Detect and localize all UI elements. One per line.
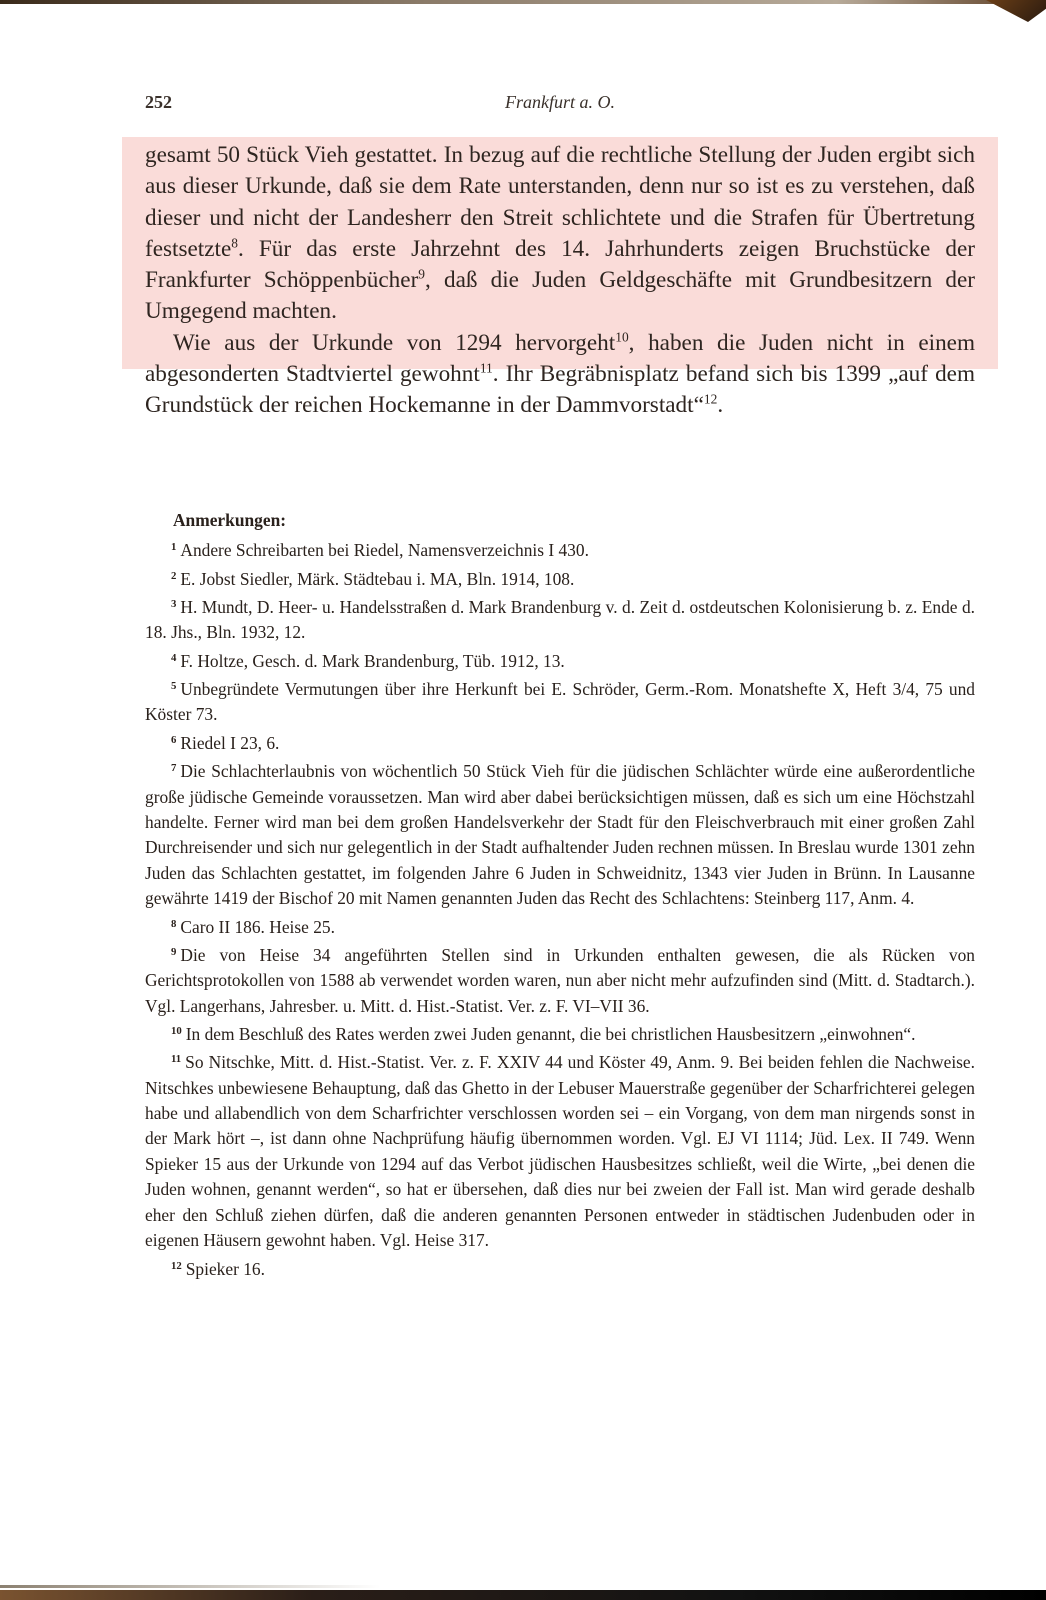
page-curl-shadow [0,1585,380,1588]
footnote-4: 4F. Holtze, Gesch. d. Mark Brandenburg, … [145,646,975,674]
footnote-12: 12Spieker 16. [145,1254,975,1282]
footnote-5: 5Unbegründete Vermutungen über ihre Herk… [145,674,975,728]
running-head: Frankfurt a. O. [145,92,975,113]
footnote-8: 8Caro II 186. Heise 25. [145,912,975,940]
book-corner-shadow [986,0,1046,22]
footnote-7: 7Die Schlachterlaubnis von wöchentlich 5… [145,756,975,911]
footnote-ref-12[interactable]: 12 [704,392,717,407]
footnote-10: 10In dem Beschluß des Rates werden zwei … [145,1019,975,1047]
book-top-edge [0,0,1046,4]
paragraph-2: Wie aus der Urkunde von 1294 hervorgeht1… [145,328,975,422]
notes-heading: Anmerkungen: [173,508,975,533]
page-header: 252 Frankfurt a. O. [145,92,975,116]
footnote-6: 6Riedel I 23, 6. [145,728,975,756]
footnote-1: 1Andere Schreibarten bei Riedel, Namensv… [145,535,975,563]
footnote-3: 3H. Mundt, D. Heer- u. Handelsstraßen d.… [145,592,975,646]
footnote-ref-11[interactable]: 11 [480,360,493,375]
main-text: gesamt 50 Stück Vieh gestattet. In bezug… [145,140,975,422]
footnote-2: 2E. Jobst Siedler, Märk. Städtebau i. MA… [145,564,975,592]
footnotes: Anmerkungen: 1Andere Schreibarten bei Ri… [145,508,975,1282]
footnote-11: 11So Nitschke, Mitt. d. Hist.-Statist. V… [145,1047,975,1253]
book-bottom-edge [0,1590,1046,1600]
footnote-9: 9Die von Heise 34 angeführten Stellen si… [145,940,975,1019]
paragraph-1: gesamt 50 Stück Vieh gestattet. In bezug… [145,140,975,328]
footnote-ref-10[interactable]: 10 [615,329,628,344]
footnote-ref-9[interactable]: 9 [418,266,425,281]
footnote-ref-8[interactable]: 8 [231,235,238,250]
